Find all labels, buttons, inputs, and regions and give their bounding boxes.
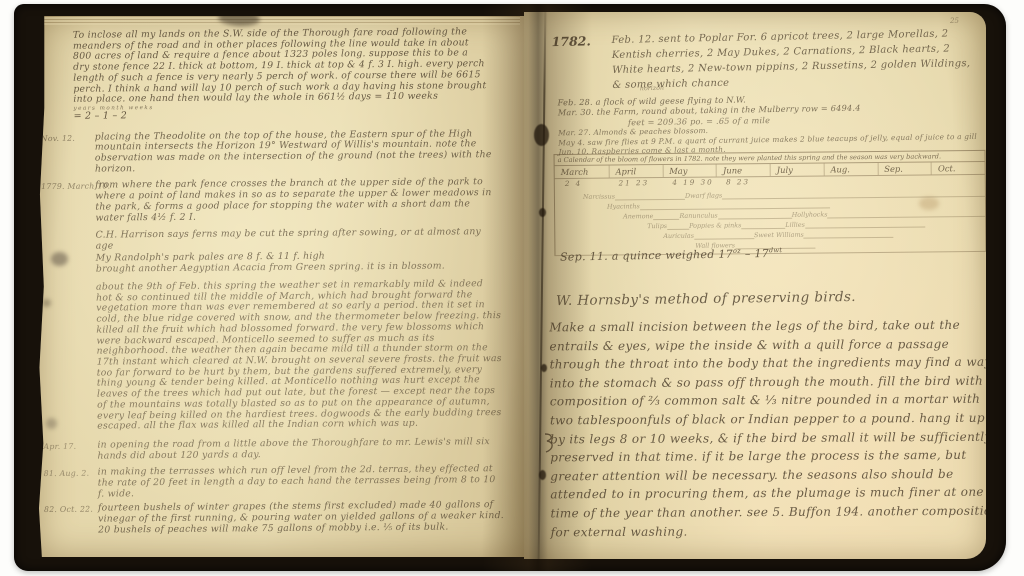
entry-date: Nov. 12.: [41, 132, 91, 175]
flower-name: Narcissus: [583, 192, 615, 200]
journal-entry: 82. Oct. 22. fourteen bushels of winter …: [44, 500, 512, 536]
flower-name: Sweet Williams: [754, 231, 804, 239]
month-header: Sep.: [877, 162, 931, 175]
feb12-entry: Feb. 12. sent to Poplar For. 6 apricot t…: [611, 26, 980, 93]
quince-unit: dwt: [769, 246, 782, 254]
notebook-cover: To inclose all my lands on the S.W. side…: [14, 4, 1006, 571]
entry-text: in opening the road from a little above …: [97, 437, 503, 462]
rule-line: [667, 228, 689, 230]
bloom-calendar-table: a Calendar of the bloom of flowers in 17…: [554, 150, 986, 256]
month-header: Aug.: [823, 163, 877, 176]
journal-entry: C.H. Harrison says ferns may be cut the …: [42, 227, 510, 252]
short-notes-block: Feb. 28. a flock of wild geese flying to…: [558, 91, 986, 158]
journal-entry: about the 9th of Feb. this spring the we…: [42, 279, 511, 433]
journal-entry: 1779. March 10. from where the park fenc…: [41, 177, 509, 224]
day-cell: [823, 176, 877, 187]
rule-line: [653, 218, 679, 220]
entry-date: 81. Aug. 2.: [44, 468, 94, 501]
entry-text: brought another Aegyptian Acacia from Gr…: [96, 261, 502, 275]
entry-date: [42, 265, 92, 276]
binding-knot: [539, 208, 546, 217]
entry-text: fourteen bushels of winter grapes (the s…: [98, 500, 504, 536]
flower-name: Tulips: [647, 222, 667, 230]
quince-weight-note: Sep. 11. a quince weighed 17oz – 17dwt: [560, 246, 782, 264]
year-entry-block: 1782. Feb. 12. sent to Poplar For. 6 apr…: [551, 26, 980, 94]
left-page-text: To inclose all my lands on the S.W. side…: [40, 27, 512, 537]
day-cell: 21 23: [609, 178, 663, 189]
month-header: May: [662, 165, 716, 178]
entry-date: [42, 253, 92, 264]
ink-smudge: [218, 16, 261, 27]
entry-text: placing the Theodolite on the top of the…: [95, 129, 501, 175]
day-cell: [931, 175, 985, 186]
month-header: Oct.: [931, 162, 985, 175]
flower-name: Auriculas: [663, 232, 694, 240]
entry-date: [42, 283, 93, 433]
day-cell: [770, 176, 824, 187]
day-cell: 2 4: [555, 179, 609, 190]
journal-entry: Nov. 12. placing the Theodolite on the t…: [41, 129, 509, 176]
quince-num: 17: [754, 247, 769, 260]
binding-knot: [539, 470, 546, 480]
month-header: March: [555, 166, 609, 179]
method-body: Make a small incision between the legs o…: [549, 316, 986, 542]
calc-units-label: years month weeks: [73, 103, 508, 112]
binding-knot: [534, 124, 549, 146]
entry-date: 1779. March 10.: [41, 181, 91, 224]
journal-entry: Apr. 17. in opening the road from a litt…: [43, 437, 511, 462]
flower-name: Hyacinths: [607, 202, 640, 210]
quince-dash: –: [745, 247, 751, 260]
calc-value: = 2 – 1 – 2: [73, 110, 127, 121]
flower-name: Dwarf flags: [685, 191, 722, 199]
flower-name: Poppies & pinks: [689, 221, 741, 230]
day-cell: 8 23: [716, 177, 770, 188]
quince-unit: oz: [733, 247, 741, 255]
entry-text: in making the terrasses which run off le…: [98, 464, 504, 500]
month-header: June: [716, 164, 770, 177]
entry-text: about the 9th of Feb. this spring the we…: [96, 279, 503, 432]
fence-calculation-note: To inclose all my lands on the S.W. side…: [73, 27, 488, 106]
method-heading: W. Hornsby's method of preserving birds.: [556, 289, 856, 309]
entry-date: Apr. 17.: [43, 441, 93, 463]
binding-knot: [541, 364, 547, 372]
rule-line: [741, 227, 785, 229]
quince-text: Sep. 11. a quince weighed: [560, 248, 715, 264]
page-number: 25: [950, 17, 959, 25]
entry-date: [42, 231, 92, 253]
month-header: July: [770, 163, 824, 176]
month-header: April: [608, 165, 662, 178]
flower-name: Hollyhocks: [792, 210, 828, 218]
manuscript-photo: To inclose all my lands on the S.W. side…: [0, 0, 1024, 576]
right-page: 25 1782. Feb. 12. sent to Poplar For. 6 …: [524, 12, 986, 559]
duration-calculation: years month weeks = 2 – 1 – 2: [73, 103, 508, 122]
entry-text: from where the park fence crosses the br…: [95, 177, 501, 223]
journal-entry: brought another Aegyptian Acacia from Gr…: [42, 261, 510, 276]
flower-name: Anemone: [623, 212, 653, 220]
entry-text: C.H. Harrison says ferns may be cut the …: [96, 227, 502, 252]
journal-entry: 81. Aug. 2. in making the terrasses whic…: [44, 464, 512, 500]
quince-num: 17: [718, 248, 733, 261]
flower-name: Lillies: [785, 221, 805, 229]
day-cell: 4 19 30: [662, 178, 716, 189]
entry-date: 82. Oct. 22.: [44, 504, 94, 537]
interlinear-insertion: horizon: [640, 85, 664, 93]
page-edge-texture: [42, 16, 520, 25]
flower-name: Ranunculus: [679, 212, 717, 220]
day-cell: [877, 175, 931, 186]
table-bloom-rows: Narcissus Dwarf flags Hyacinths Anemone …: [555, 185, 986, 255]
left-page: To inclose all my lands on the S.W. side…: [38, 16, 524, 557]
year-label: 1782.: [551, 33, 608, 94]
